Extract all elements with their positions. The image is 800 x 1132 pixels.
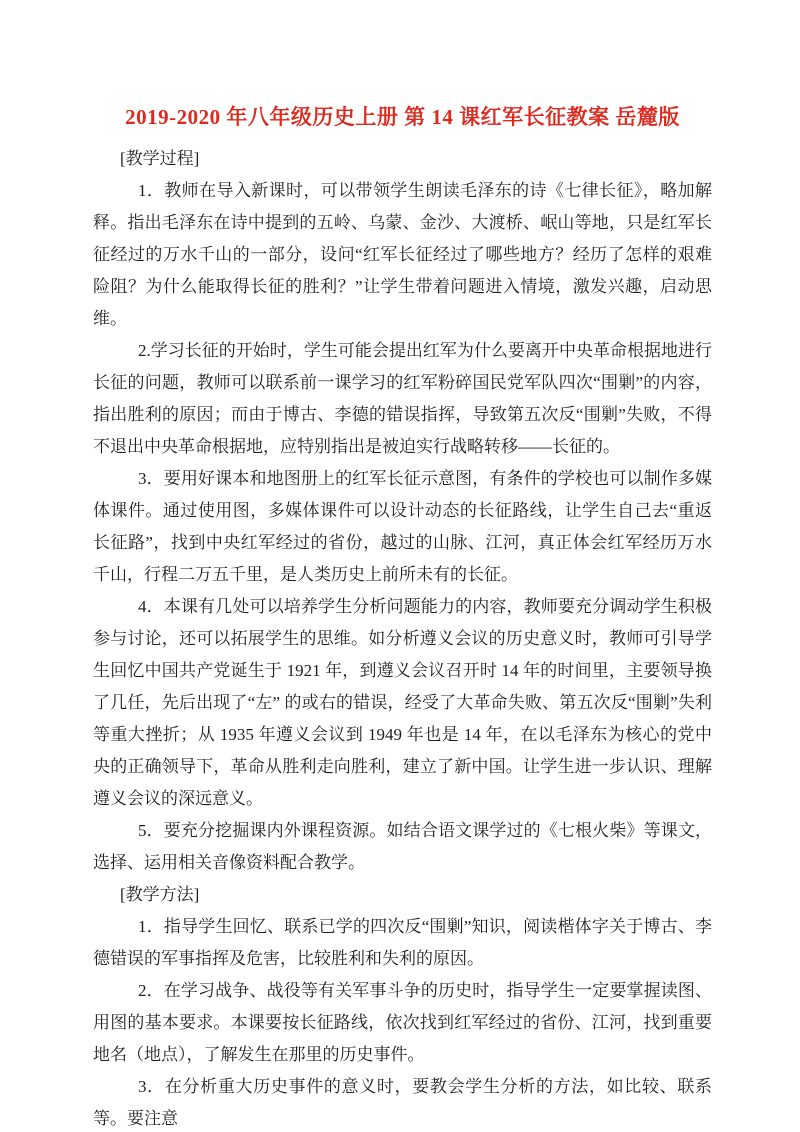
paragraph-process-4: 4．本课有几处可以培养学生分析问题能力的内容，教师要充分调动学生积极参与讨论，还… bbox=[93, 591, 712, 815]
paragraph-process-2: 2.学习长征的开始时，学生可能会提出红军为什么要离开中央革命根据地进行长征的问题… bbox=[93, 335, 712, 463]
paragraph-method-1: 1．指导学生回忆、联系已学的四次反“围剿”知识，阅读楷体字关于博古、李德错误的军… bbox=[93, 911, 712, 975]
paragraph-process-1: 1．教师在导入新课时，可以带领学生朗读毛泽东的诗《七律长征》，略加解释。指出毛泽… bbox=[93, 175, 712, 335]
paragraph-process-3: 3．要用好课本和地图册上的红军长征示意图，有条件的学校也可以制作多媒体课件。通过… bbox=[93, 463, 712, 591]
paragraph-process-5: 5．要充分挖掘课内外课程资源。如结合语文课学过的《七根火柴》等课文，选择、运用相… bbox=[93, 815, 712, 879]
document-page: 2019-2020 年八年级历史上册 第 14 课红军长征教案 岳麓版 [教学过… bbox=[0, 0, 800, 1132]
paragraph-method-3: 3．在分析重大历史事件的意义时，要教会学生分析的方法，如比较、联系等。要注意 bbox=[93, 1071, 712, 1132]
section-heading-teaching-process: [教学过程] bbox=[93, 143, 712, 175]
paragraph-method-2: 2．在学习战争、战役等有关军事斗争的历史时，指导学生一定要掌握读图、用图的基本要… bbox=[93, 975, 712, 1071]
document-body: [教学过程] 1．教师在导入新课时，可以带领学生朗读毛泽东的诗《七律长征》，略加… bbox=[93, 143, 712, 1132]
section-heading-teaching-method: [教学方法] bbox=[93, 879, 712, 911]
document-title: 2019-2020 年八年级历史上册 第 14 课红军长征教案 岳麓版 bbox=[93, 103, 712, 131]
